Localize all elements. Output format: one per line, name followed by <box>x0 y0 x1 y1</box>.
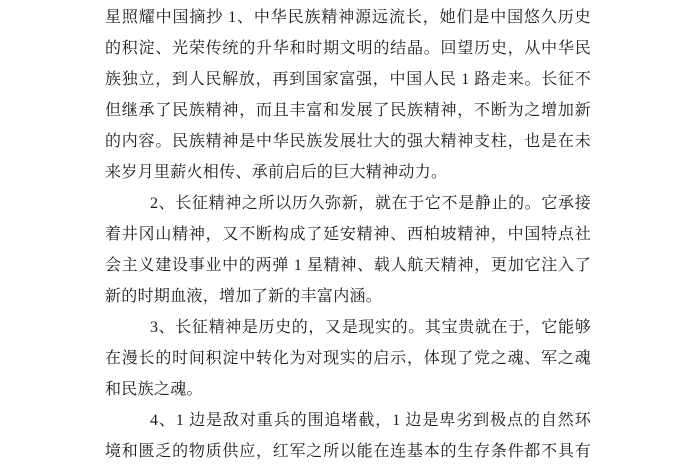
paragraph-1: 星照耀中国摘抄 1、中华民族精神源远流长，她们是中国悠久历史的积淀、光荣传统的升… <box>105 2 591 188</box>
text-line: 在漫长的时间积淀中转化为对现实的启示，体现了党之魂、军之魂 <box>105 343 591 374</box>
text-line: 来岁月里薪火相传、承前启后的巨大精神动力。 <box>105 157 591 188</box>
paragraph-2: 2、长征精神之所以历久弥新，就在于它不是静止的。它承接着井冈山精神，又不断构成了… <box>105 188 591 312</box>
text-line: 着井冈山精神，又不断构成了延安精神、西柏坡精神，中国特点社 <box>105 219 591 250</box>
document-body: 星照耀中国摘抄 1、中华民族精神源远流长，她们是中国悠久历史的积淀、光荣传统的升… <box>105 2 591 467</box>
paragraph-3: 3、长征精神是历史的，又是现实的。其宝贵就在于，它能够在漫长的时间积淀中转化为对… <box>105 312 591 405</box>
text-line: 和民族之魂。 <box>105 374 591 405</box>
text-line: 4、1 边是敌对重兵的围追堵截，1 边是卑劣到极点的自然环 <box>105 405 591 436</box>
text-line: 但继承了民族精神，而且丰富和发展了民族精神，不断为之增加新 <box>105 95 591 126</box>
text-line: 3、长征精神是历史的，又是现实的。其宝贵就在于，它能够 <box>105 312 591 343</box>
text-line: 会主义建设事业中的两弹 1 星精神、载人航天精神，更加它注入了 <box>105 250 591 281</box>
text-line: 星照耀中国摘抄 1、中华民族精神源远流长，她们是中国悠久历史 <box>105 2 591 33</box>
paragraph-4: 4、1 边是敌对重兵的围追堵截，1 边是卑劣到极点的自然环境和匮乏的物质供应，红… <box>105 405 591 467</box>
text-line: 族独立，到人民解放，再到国家富强，中国人民 1 路走来。长征不 <box>105 64 591 95</box>
text-line: 2、长征精神之所以历久弥新，就在于它不是静止的。它承接 <box>105 188 591 219</box>
text-line: 的积淀、光荣传统的升华和时期文明的结晶。回望历史，从中华民 <box>105 33 591 64</box>
document-page: 星照耀中国摘抄 1、中华民族精神源远流长，她们是中国悠久历史的积淀、光荣传统的升… <box>0 0 700 470</box>
text-line: 的内容。民族精神是中华民族发展壮大的强大精神支柱，也是在未 <box>105 126 591 157</box>
text-line: 境和匮乏的物质供应，红军之所以能在连基本的生存条件都不具有 <box>105 436 591 467</box>
text-line: 新的时期血液，增加了新的丰富内涵。 <box>105 281 591 312</box>
